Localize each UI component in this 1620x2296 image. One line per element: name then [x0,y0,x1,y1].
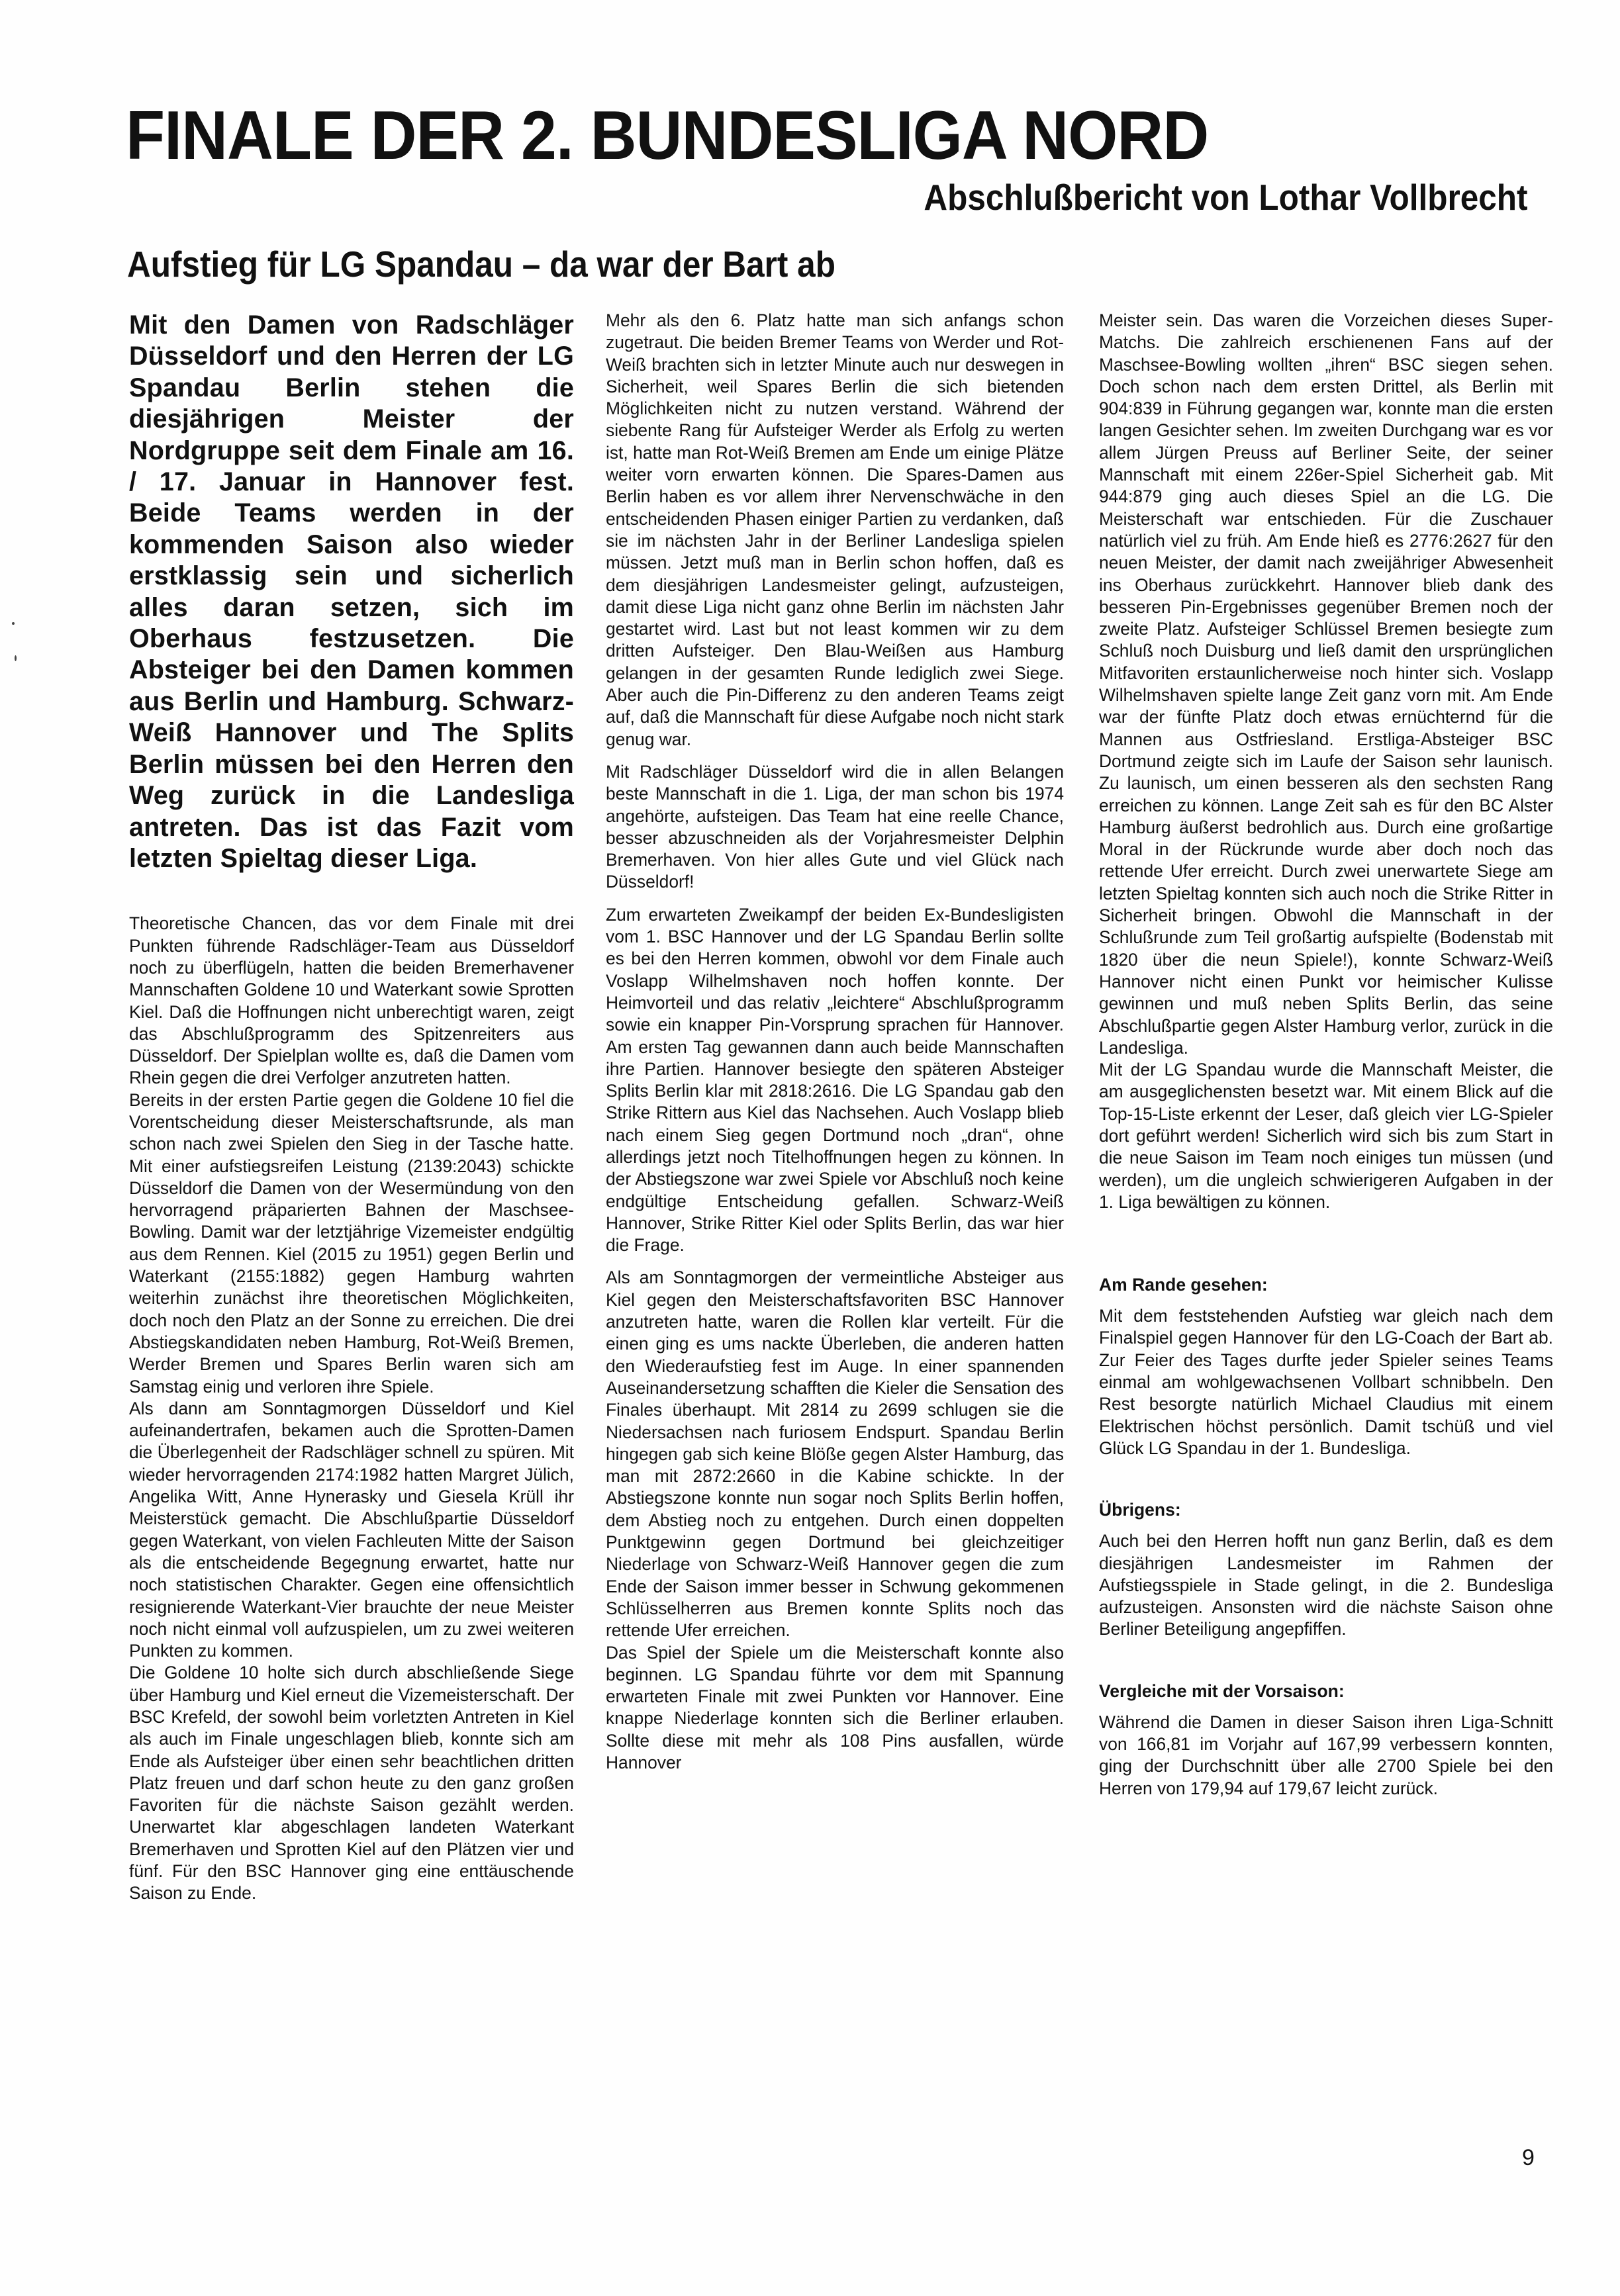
body-paragraph: Als dann am Sonntagmorgen Düsseldorf und… [129,1398,574,1663]
sidebar-heading: Übrigens: [1099,1499,1553,1521]
sidebar-text: Während die Damen in dieser Saison ihren… [1099,1712,1553,1800]
body-paragraph: Theoretische Chancen, das vor dem Finale… [129,913,574,1089]
body-paragraph: Meister sein. Das waren die Vorzeichen d… [1099,310,1553,1059]
scan-artifact [12,622,15,625]
column-right: Meister sein. Das waren die Vorzeichen d… [1099,310,1553,1800]
article-subtitle: Aufstieg für LG Spandau – da war der Bar… [127,244,835,285]
body-paragraph: Bereits in der ersten Partie gegen die G… [129,1089,574,1398]
sidebar-heading: Am Rande gesehen: [1099,1274,1553,1296]
page-number: 9 [1522,2144,1535,2171]
sidebar-text: Mit dem feststehenden Aufstieg war gleic… [1099,1305,1553,1459]
magazine-page: FINALE DER 2. BUNDESLIGA NORD Abschlußbe… [0,0,1620,2296]
sidebar-text: Auch bei den Herren hofft nun ganz Berli… [1099,1530,1553,1640]
body-paragraph: Mit Radschläger Düsseldorf wird die in a… [606,761,1064,894]
body-paragraph: Mit der LG Spandau wurde die Mannschaft … [1099,1059,1553,1213]
article-byline: Abschlußbericht von Lothar Vollbrecht [924,177,1527,217]
sidebar-vergleiche: Vergleiche mit der Vorsaison: Während di… [1099,1680,1553,1800]
article-title: FINALE DER 2. BUNDESLIGA NORD [126,99,1208,172]
body-paragraph: Das Spiel der Spiele um die Meisterschaf… [606,1642,1064,1774]
scan-artifact [15,655,17,661]
body-paragraph: Als am Sonntagmorgen der vermeintliche A… [606,1267,1064,1641]
column-middle: Mehr als den 6. Platz hatte man sich anf… [606,310,1064,1774]
column-left: Mit den Damen von Radschläger Düsseldorf… [129,310,574,1905]
lead-paragraph: Mit den Damen von Radschläger Düsseldorf… [129,310,574,874]
sidebar-heading: Vergleiche mit der Vorsaison: [1099,1680,1553,1702]
sidebar-am-rande: Am Rande gesehen: Mit dem feststehenden … [1099,1274,1553,1459]
sidebar-uebrigens: Übrigens: Auch bei den Herren hofft nun … [1099,1499,1553,1640]
body-paragraph: Die Goldene 10 holte sich durch abschlie… [129,1662,574,1904]
body-paragraph: Mehr als den 6. Platz hatte man sich anf… [606,310,1064,751]
body-paragraph: Zum erwarteten Zweikampf der beiden Ex-B… [606,904,1064,1257]
